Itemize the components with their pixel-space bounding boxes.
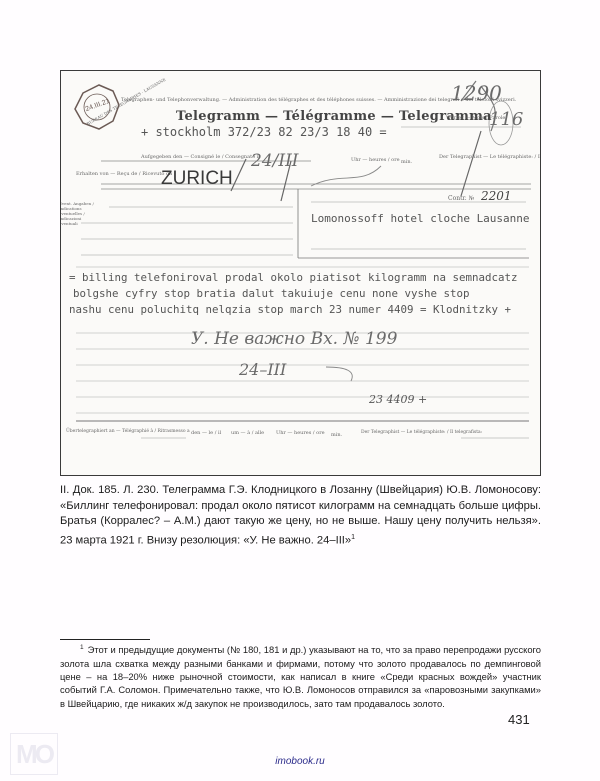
message-line: = billing telefoniroval prodal okolo pia… xyxy=(69,271,518,284)
footer-telegraphist-label: Der Telegraphist — Le télégraphiste: / I… xyxy=(361,430,482,435)
min-label: min. xyxy=(401,159,412,165)
resolution-date: 24–III xyxy=(239,360,286,379)
footnote-reference[interactable]: 1 xyxy=(351,534,355,541)
telegram-address: Lomonossoff hotel cloche Lausanne xyxy=(311,212,530,225)
footer-hour-label: um — à / alle xyxy=(231,430,264,436)
received-from: ZURICH xyxy=(161,168,233,190)
footer-date-label: den — le / il xyxy=(191,430,221,436)
page-number: 431 xyxy=(508,712,530,727)
footer-min-label: min. xyxy=(331,432,342,438)
footnote: 1Этот и предыдущие документы (№ 180, 181… xyxy=(60,641,541,710)
top-right-number: 1290 xyxy=(451,81,502,105)
footer-label: Übertelegraphiert an — Télégraphié à / R… xyxy=(66,429,190,434)
received-label: Erhalten von — Reçu de / Ricevuto da xyxy=(76,171,172,177)
site-logo-icon: MO xyxy=(10,733,58,775)
words-value: 116 xyxy=(489,109,523,130)
telegram-title: Telegramm — Télégramme — Telegramma xyxy=(176,109,492,124)
footer-time-label: Uhr — heures / ore xyxy=(276,430,325,436)
contr-value: 2201 xyxy=(481,189,512,203)
footnote-text: Этот и предыдущие документы (№ 180, 181 … xyxy=(60,644,541,709)
caption-text: II. Док. 185. Л. 230. Телеграмма Г.Э. Кл… xyxy=(60,484,541,546)
site-link[interactable]: imobook.ru xyxy=(0,756,600,767)
telegram-image: Telegraphen- und Telephonverwaltung. — A… xyxy=(60,70,541,476)
telegram-origin-line: + stockholm 372/23 82 23/3 18 40 = xyxy=(141,125,387,139)
footnote-divider xyxy=(60,639,150,640)
resolution-handwritten: У. Не важно Вх. № 199 xyxy=(191,329,397,349)
bottom-note: 23 4409 + xyxy=(369,393,427,406)
contr-label: Contr. № xyxy=(448,195,474,202)
consigned-label: Aufgegeben den — Consigné le / Consegnat… xyxy=(141,154,260,160)
message-line: bolgshe cyfry stop bratia dalut takuiuje… xyxy=(73,287,470,300)
notes-label: Event. Angaben / Indications éventuelles… xyxy=(60,201,99,226)
figure-caption: II. Док. 185. Л. 230. Телеграмма Г.Э. Кл… xyxy=(60,483,541,549)
time-label: Uhr — heures / ore xyxy=(351,157,400,163)
telegraphist-label: Der Telegraphist — Le télégraphiste: / I… xyxy=(439,154,541,160)
footnote-mark: 1 xyxy=(80,644,84,651)
date-handwritten: 24/III xyxy=(251,151,299,171)
message-line: nashu cenu poluchitq nelqzia stop march … xyxy=(69,303,511,316)
